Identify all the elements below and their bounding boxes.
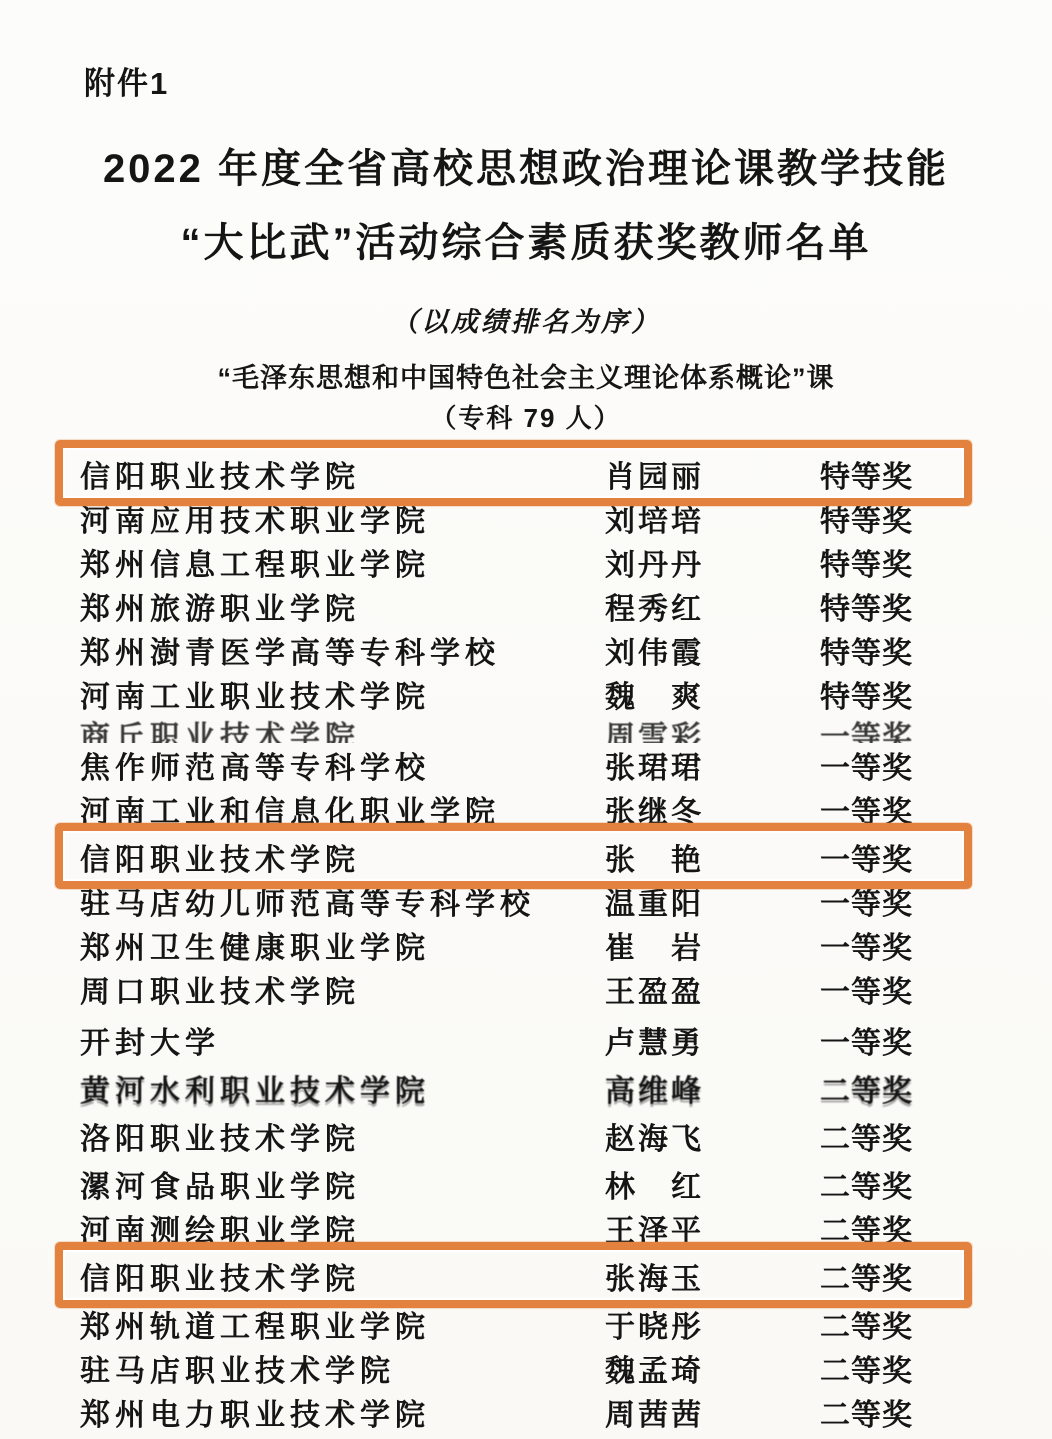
teacher-cell: 魏孟琦 [605,1346,820,1390]
school-cell: 信阳职业技术学院 [80,835,605,879]
teacher-cell: 张海玉 [605,1254,820,1298]
award-cell: 一等奖 [820,879,960,923]
school-cell: 黄河水利职业技术学院 [80,1066,605,1110]
table-row: 驻马店职业技术学院 魏孟琦 二等奖 [80,1346,960,1390]
school-cell: 郑州澍青医学高等专科学校 [80,628,605,672]
school-cell: 商丘职业技术学院 [80,716,605,743]
teacher-cell: 周雪彩 [605,716,820,743]
award-cell: 特等奖 [820,628,960,672]
award-cell: 一等奖 [820,967,960,1011]
teacher-cell: 周茜茜 [605,1390,820,1434]
teacher-cell: 王泽平 [605,1206,820,1250]
table-row: 河南应用技术职业学院 刘培培 特等奖 [80,496,960,540]
award-cell: 二等奖 [820,1162,960,1206]
award-cell: 二等奖 [820,1302,960,1346]
teacher-cell: 刘培培 [605,496,820,540]
school-cell: 河南工业和信息化职业学院 [80,787,605,831]
award-cell: 二等奖 [820,1206,960,1250]
teacher-cell: 于晓彤 [605,1302,820,1346]
title-line-2: “大比武”活动综合素质获奖教师名单 [0,206,1052,280]
teacher-cell: 刘丹丹 [605,540,820,584]
attachment-label: 附件1 [84,58,169,103]
school-cell: 河南工业职业技术学院 [80,672,605,716]
award-cell: 特等奖 [820,540,960,584]
award-cell: 特等奖 [820,672,960,716]
table-row: 洛阳职业技术学院 赵海飞 二等奖 [80,1114,960,1158]
course-title: “毛泽东思想和中国特色社会主义理论体系概论”课 [0,356,1052,395]
table-row: 河南工业职业技术学院 魏 爽 特等奖 [80,672,960,716]
table-row: 郑州信息工程职业学院 刘丹丹 特等奖 [80,540,960,584]
school-cell: 郑州电力职业技术学院 [80,1390,605,1434]
award-cell: 特等奖 [820,496,960,540]
school-cell: 郑州旅游职业学院 [80,584,605,628]
teacher-cell: 温重阳 [605,879,820,923]
teacher-cell: 卢慧勇 [605,1018,820,1062]
table-row-ghosted: 黄河水利职业技术学院 高维峰 二等奖 [80,1066,960,1110]
award-cell: 特等奖 [820,452,960,496]
school-cell: 开封大学 [80,1018,605,1062]
table-row: 漯河食品职业学院 林 红 二等奖 [80,1162,960,1206]
table-row: 郑州澍青医学高等专科学校 刘伟霞 特等奖 [80,628,960,672]
award-cell: 一等奖 [820,1018,960,1062]
school-cell: 驻马店幼儿师范高等专科学校 [80,879,605,923]
school-cell: 郑州卫生健康职业学院 [80,923,605,967]
school-cell: 漯河食品职业学院 [80,1162,605,1206]
school-cell: 郑州信息工程职业学院 [80,540,605,584]
teacher-cell: 高维峰 [605,1066,820,1110]
school-cell: 焦作师范高等专科学校 [80,743,605,787]
table-row: 周口职业技术学院 王盈盈 一等奖 [80,967,960,1011]
school-cell: 河南测绘职业学院 [80,1206,605,1250]
table-row: 郑州轨道工程职业学院 于晓彤 二等奖 [80,1302,960,1346]
table-row: 信阳职业技术学院 张 艳 一等奖 [80,835,960,879]
teacher-cell: 张 艳 [605,835,820,879]
teacher-cell: 张继冬 [605,787,820,831]
teacher-cell: 崔 岩 [605,923,820,967]
award-cell: 二等奖 [820,1390,960,1434]
table-row: 焦作师范高等专科学校 张珺珺 一等奖 [80,743,960,787]
document-title: 2022 年度全省高校思想政治理论课教学技能 “大比武”活动综合素质获奖教师名单 [0,132,1052,280]
table-row: 驻马店幼儿师范高等专科学校 温重阳 一等奖 [80,879,960,923]
teacher-cell: 魏 爽 [605,672,820,716]
teacher-cell: 林 红 [605,1162,820,1206]
school-cell: 河南应用技术职业学院 [80,496,605,540]
school-cell: 信阳职业技术学院 [80,1254,605,1298]
teacher-cell: 程秀红 [605,584,820,628]
table-row: 郑州旅游职业学院 程秀红 特等奖 [80,584,960,628]
award-cell: 二等奖 [820,1066,960,1110]
teacher-cell: 赵海飞 [605,1114,820,1158]
award-cell: 一等奖 [820,787,960,831]
award-cell: 二等奖 [820,1254,960,1298]
table-row: 河南测绘职业学院 王泽平 二等奖 [80,1206,960,1250]
school-cell: 郑州轨道工程职业学院 [80,1302,605,1346]
school-cell: 驻马店职业技术学院 [80,1346,605,1390]
table-row: 开封大学 卢慧勇 一等奖 [80,1018,960,1062]
award-table: 信阳职业技术学院 肖园丽 特等奖 河南应用技术职业学院 刘培培 特等奖 郑州信息… [80,452,960,1434]
award-cell: 二等奖 [820,1346,960,1390]
document-page: 附件1 2022 年度全省高校思想政治理论课教学技能 “大比武”活动综合素质获奖… [0,0,1052,1439]
school-cell: 信阳职业技术学院 [80,452,605,496]
school-cell: 洛阳职业技术学院 [80,1114,605,1158]
participant-count: （专科 79 人） [0,398,1052,435]
sort-note: （以成绩排名为序） [0,300,1052,339]
award-cell: 一等奖 [820,716,960,743]
table-row: 郑州卫生健康职业学院 崔 岩 一等奖 [80,923,960,967]
table-row-clipped: 商丘职业技术学院 周雪彩 一等奖 [80,716,960,743]
table-row: 信阳职业技术学院 肖园丽 特等奖 [80,452,960,496]
teacher-cell: 王盈盈 [605,967,820,1011]
table-row: 河南工业和信息化职业学院 张继冬 一等奖 [80,787,960,831]
award-cell: 特等奖 [820,584,960,628]
award-cell: 一等奖 [820,835,960,879]
teacher-cell: 张珺珺 [605,743,820,787]
table-row: 郑州电力职业技术学院 周茜茜 二等奖 [80,1390,960,1434]
title-line-1: 2022 年度全省高校思想政治理论课教学技能 [0,132,1052,206]
table-row: 信阳职业技术学院 张海玉 二等奖 [80,1254,960,1298]
award-cell: 二等奖 [820,1114,960,1158]
award-cell: 一等奖 [820,923,960,967]
school-cell: 周口职业技术学院 [80,967,605,1011]
teacher-cell: 刘伟霞 [605,628,820,672]
award-cell: 一等奖 [820,743,960,787]
teacher-cell: 肖园丽 [605,452,820,496]
